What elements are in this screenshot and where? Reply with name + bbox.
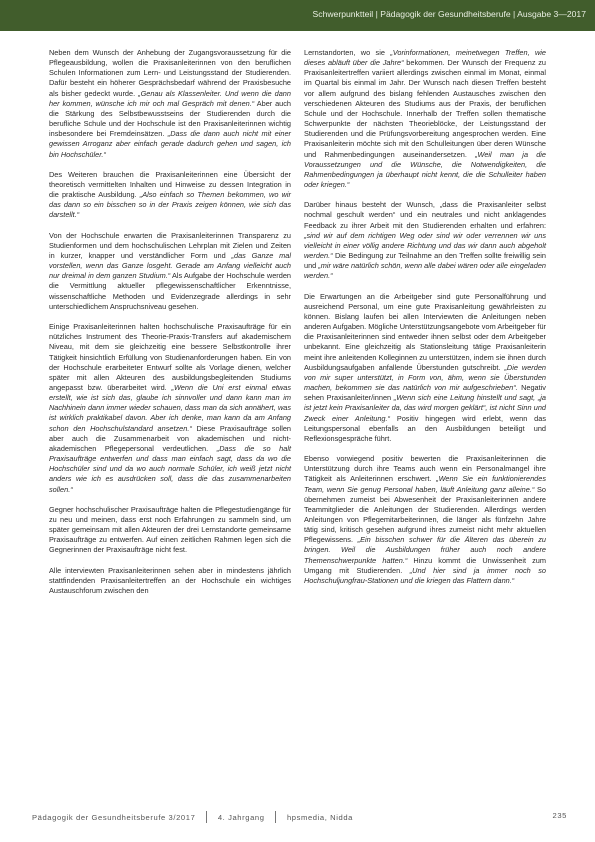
- paragraph: Des Weiteren brauchen die Praxisanleiter…: [49, 170, 291, 221]
- body-text: Gegner hochschulischer Praxisaufträge ha…: [49, 505, 291, 555]
- body-text: Die Erwartungen an die Arbeitgeber sind …: [304, 292, 546, 372]
- paragraph: Alle interviewten Praxisanleiterinnen se…: [49, 566, 291, 596]
- footer-separator: [275, 811, 276, 823]
- paragraph: Die Erwartungen an die Arbeitgeber sind …: [304, 292, 546, 444]
- body-text: Lernstandorten, wo sie: [304, 48, 390, 57]
- left-column: Neben dem Wunsch der Anhebung der Zugang…: [49, 48, 291, 606]
- paragraph: Darüber hinaus besteht der Wunsch, „dass…: [304, 200, 546, 281]
- right-column: Lernstandorten, wo sie „Vorinformationen…: [304, 48, 546, 596]
- header-bar: Schwerpunktteil | Pädagogik der Gesundhe…: [0, 0, 595, 31]
- footer-separator: [206, 811, 207, 823]
- footer: Pädagogik der Gesundheitsberufe 3/2017 4…: [32, 811, 567, 825]
- body-text: Darüber hinaus besteht der Wunsch,: [304, 200, 440, 209]
- paragraph: Gegner hochschulischer Praxisaufträge ha…: [49, 505, 291, 556]
- body-text: bekommen. Der Wunsch der Frequenz zu Pra…: [304, 58, 546, 158]
- quote-text: „mir wäre natürlich schön, wenn alle dab…: [304, 261, 546, 280]
- footer-journal: Pädagogik der Gesundheitsberufe 3/2017: [32, 813, 195, 822]
- page-number: 235: [553, 811, 567, 820]
- paragraph: Von der Hochschule erwarten die Praxisan…: [49, 231, 291, 312]
- footer-volume: 4. Jahrgang: [218, 813, 265, 822]
- body-text: Alle interviewten Praxisanleiterinnen se…: [49, 566, 291, 595]
- body-text: Einige Praxisanleiterinnen halten hochsc…: [49, 322, 291, 392]
- running-header-title: Schwerpunktteil | Pädagogik der Gesundhe…: [313, 9, 586, 19]
- footer-publisher: hpsmedia, Nidda: [287, 813, 353, 822]
- paragraph: Ebenso vorwiegend positiv bewerten die P…: [304, 454, 546, 586]
- paragraph: Neben dem Wunsch der Anhebung der Zugang…: [49, 48, 291, 160]
- paragraph: Einige Praxisanleiterinnen halten hochsc…: [49, 322, 291, 495]
- paragraph: Lernstandorten, wo sie „Vorinformationen…: [304, 48, 546, 190]
